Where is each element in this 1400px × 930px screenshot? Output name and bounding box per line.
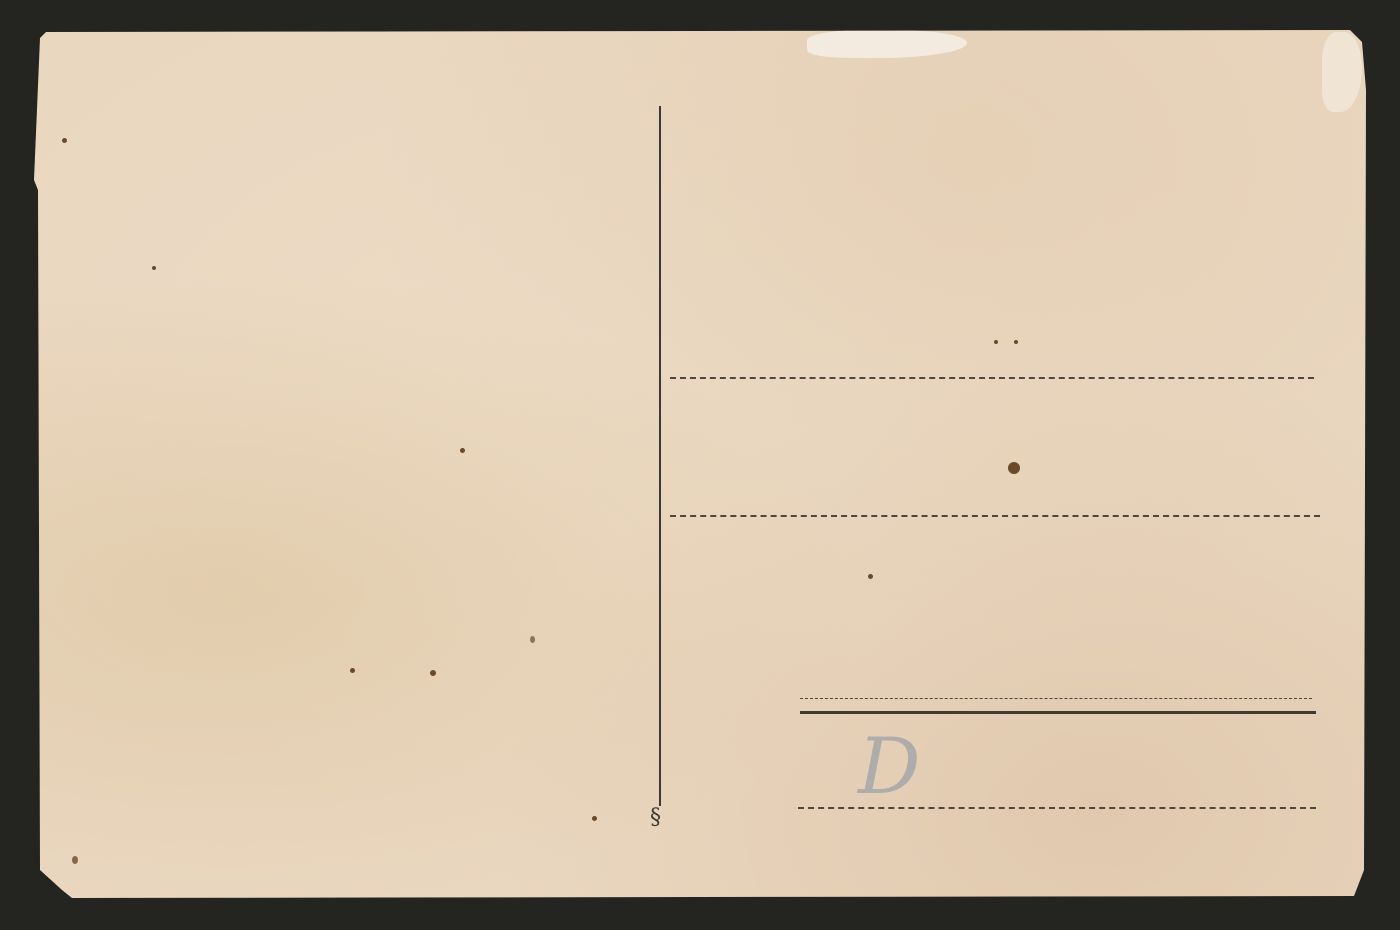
- stain-spot: [1008, 462, 1020, 474]
- postcard-divider-line: [659, 106, 661, 806]
- pencil-letter-mark: D: [858, 722, 921, 812]
- stain-spot: [62, 138, 67, 143]
- stain-spot: [350, 668, 355, 673]
- worn-corner-patch: [1322, 32, 1362, 112]
- stain-spot: [460, 448, 465, 453]
- address-line-2: [670, 515, 1320, 517]
- address-line-1: [670, 377, 1314, 379]
- stain-spot: [994, 340, 998, 344]
- stain-spot: [152, 266, 156, 270]
- address-line-3: [800, 698, 1312, 699]
- address-line-solid: [800, 711, 1316, 714]
- stain-spot: [592, 816, 597, 821]
- stain-spot: [1014, 340, 1018, 344]
- stain-spot: [430, 670, 436, 676]
- stain-spot: [868, 574, 873, 579]
- stain-spot: [530, 636, 535, 643]
- section-symbol: §: [650, 807, 661, 829]
- worn-paper-patch: [807, 30, 967, 58]
- postcard-back: [32, 30, 1366, 898]
- stain-spot: [72, 856, 78, 864]
